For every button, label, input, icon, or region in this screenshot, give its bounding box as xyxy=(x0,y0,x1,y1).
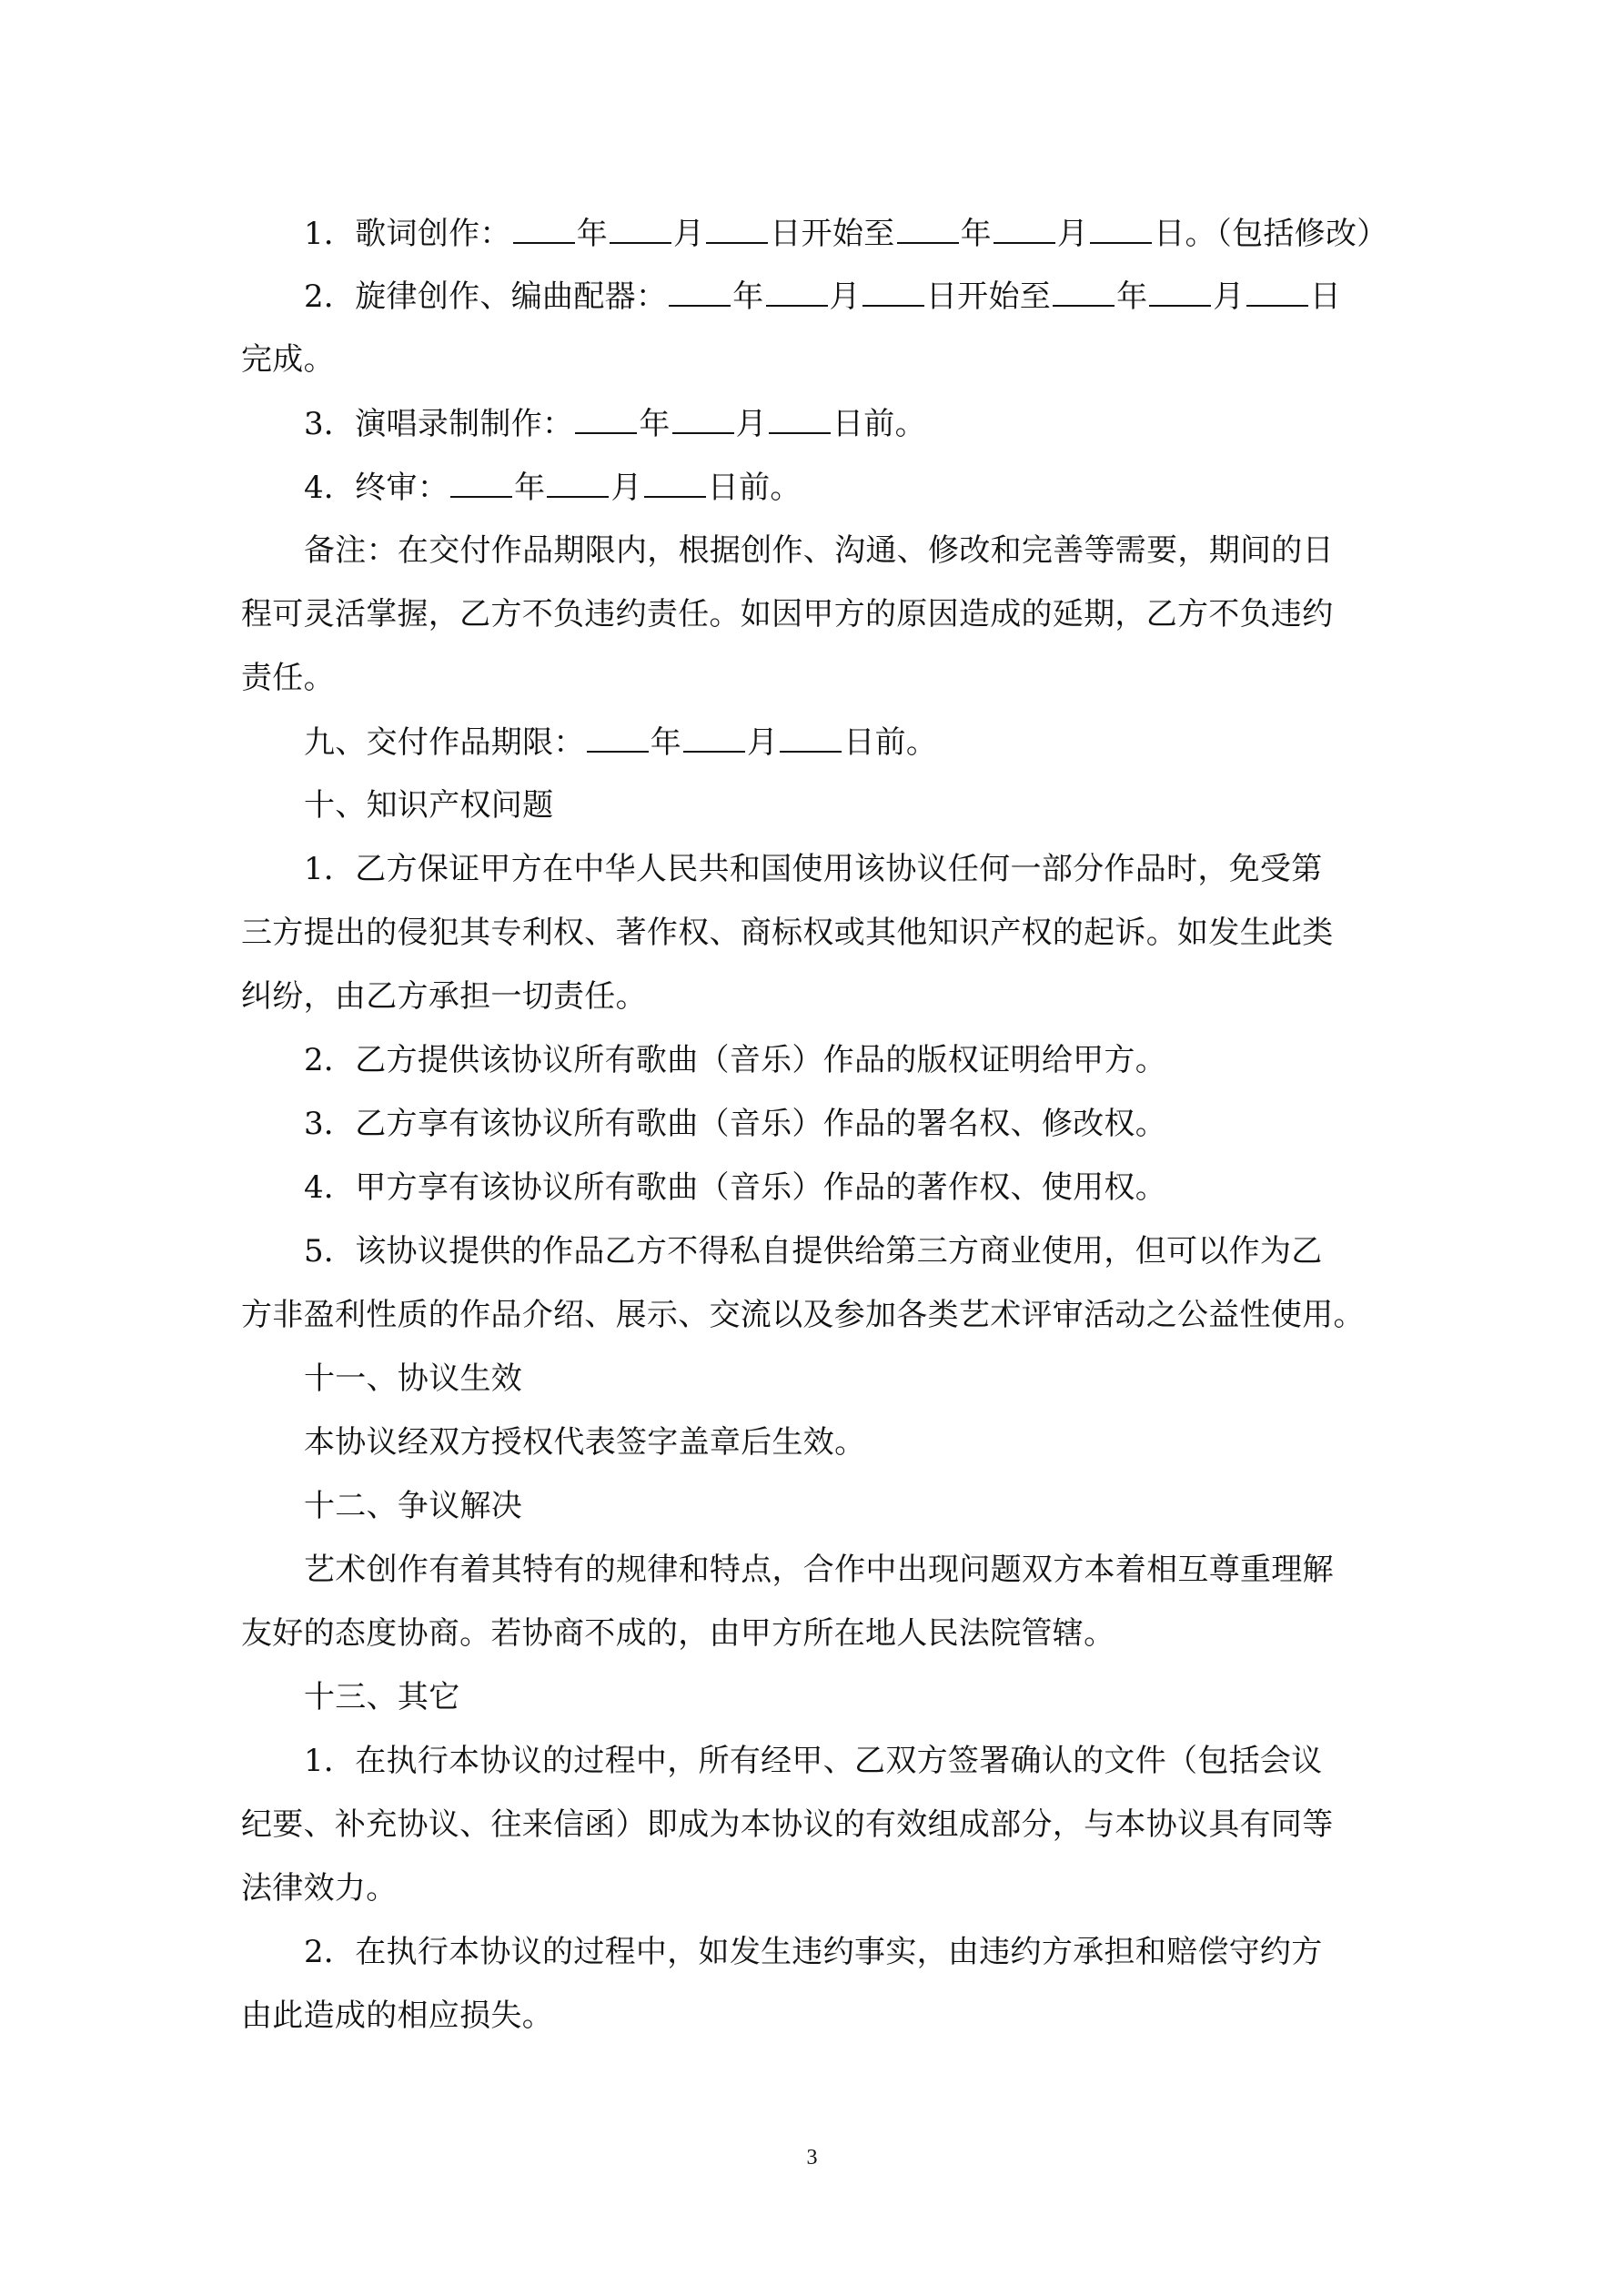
text-segment: 纠纷，由乙方承担一切责任。 xyxy=(241,978,647,1015)
text-segment: 由此造成的相应损失。 xyxy=(241,1998,553,2034)
fill-in-blank[interactable] xyxy=(1246,278,1308,307)
text-line: 法律效力。 xyxy=(241,1870,1378,1907)
text-segment: 日前。 xyxy=(708,470,802,506)
fill-in-blank[interactable] xyxy=(547,469,609,498)
fill-in-blank[interactable] xyxy=(769,405,831,434)
text-segment: 4．终审： xyxy=(304,470,449,506)
text-segment: 完成。 xyxy=(241,341,335,378)
text-segment: 2．在执行本协议的过程中，如发生违约事实，由违约方承担和赔偿守约方 xyxy=(304,1934,1323,1970)
fill-in-blank[interactable] xyxy=(897,215,959,244)
text-segment: 日开始至 xyxy=(770,216,894,252)
text-line: 本协议经双方授权代表签字盖章后生效。 xyxy=(304,1424,1441,1461)
text-segment: 三方提出的侵犯其专利权、著作权、商标权或其他知识产权的起诉。如发生此类 xyxy=(241,915,1334,951)
text-segment: 2．乙方提供该协议所有歌曲（音乐）作品的版权证明给甲方。 xyxy=(304,1042,1166,1078)
text-line: 九、交付作品期限：年月日前。 xyxy=(304,723,1441,761)
text-line: 十三、其它 xyxy=(304,1679,1441,1715)
text-segment: 月 xyxy=(736,406,767,442)
text-segment: 十、知识产权问题 xyxy=(304,787,553,824)
text-line: 1．乙方保证甲方在中华人民共和国使用该协议任何一部分作品时，免受第 xyxy=(304,851,1441,887)
fill-in-blank[interactable] xyxy=(450,469,512,498)
text-segment: 月 xyxy=(673,216,704,252)
text-segment: 年 xyxy=(651,724,681,761)
text-segment: 5．该协议提供的作品乙方不得私自提供给第三方商业使用，但可以作为乙 xyxy=(304,1233,1323,1269)
text-segment: 月 xyxy=(747,724,778,761)
text-segment: 年 xyxy=(639,406,670,442)
fill-in-blank[interactable] xyxy=(669,278,731,307)
fill-in-blank[interactable] xyxy=(683,723,745,753)
text-segment: 年 xyxy=(514,470,545,506)
fill-in-blank[interactable] xyxy=(706,215,768,244)
text-line: 2．在执行本协议的过程中，如发生违约事实，由违约方承担和赔偿守约方 xyxy=(304,1934,1441,1970)
text-line: 5．该协议提供的作品乙方不得私自提供给第三方商业使用，但可以作为乙 xyxy=(304,1233,1441,1269)
text-segment: 月 xyxy=(830,278,861,315)
text-segment: 月 xyxy=(1213,278,1244,315)
text-segment: 九、交付作品期限： xyxy=(304,724,585,761)
text-line: 2．乙方提供该协议所有歌曲（音乐）作品的版权证明给甲方。 xyxy=(304,1042,1441,1078)
text-segment: 备注：在交付作品期限内，根据创作、沟通、修改和完善等需要，期间的日 xyxy=(304,532,1334,569)
fill-in-blank[interactable] xyxy=(1053,278,1115,307)
text-segment: 4．甲方享有该协议所有歌曲（音乐）作品的著作权、使用权。 xyxy=(304,1169,1166,1206)
text-segment: 2．旋律创作、编曲配器： xyxy=(304,278,667,315)
text-line: 责任。 xyxy=(241,660,1378,696)
text-line: 纠纷，由乙方承担一切责任。 xyxy=(241,978,1378,1015)
text-line: 1．在执行本协议的过程中，所有经甲、乙双方签署确认的文件（包括会议 xyxy=(304,1743,1441,1779)
text-segment: 方非盈利性质的作品介绍、展示、交流以及参加各类艺术评审活动之公益性使用。 xyxy=(241,1297,1365,1333)
text-line: 4．终审：年月日前。 xyxy=(304,469,1441,506)
fill-in-blank[interactable] xyxy=(994,215,1055,244)
text-line: 纪要、补充协议、往来信函）即成为本协议的有效组成部分，与本协议具有同等 xyxy=(241,1806,1378,1843)
text-line: 十、知识产权问题 xyxy=(304,787,1441,824)
fill-in-blank[interactable] xyxy=(766,278,828,307)
text-line: 由此造成的相应损失。 xyxy=(241,1998,1378,2034)
text-segment: 友好的态度协商。若协商不成的，由甲方所在地人民法院管辖。 xyxy=(241,1615,1115,1652)
text-segment: 纪要、补充协议、往来信函）即成为本协议的有效组成部分，与本协议具有同等 xyxy=(241,1806,1334,1843)
text-line: 十一、协议生效 xyxy=(304,1360,1441,1397)
fill-in-blank[interactable] xyxy=(780,723,842,753)
text-segment: 年 xyxy=(577,216,608,252)
fill-in-blank[interactable] xyxy=(513,215,575,244)
text-line: 方非盈利性质的作品介绍、展示、交流以及参加各类艺术评审活动之公益性使用。 xyxy=(241,1297,1378,1333)
text-segment: 年 xyxy=(961,216,992,252)
text-segment: 日开始至 xyxy=(926,278,1051,315)
fill-in-blank[interactable] xyxy=(1149,278,1211,307)
text-segment: 1．歌词创作： xyxy=(304,216,511,252)
text-line: 三方提出的侵犯其专利权、著作权、商标权或其他知识产权的起诉。如发生此类 xyxy=(241,915,1378,951)
text-segment: 3．乙方享有该协议所有歌曲（音乐）作品的署名权、修改权。 xyxy=(304,1106,1166,1142)
text-segment: 艺术创作有着其特有的规律和特点，合作中出现问题双方本着相互尊重理解 xyxy=(304,1552,1334,1588)
text-line: 艺术创作有着其特有的规律和特点，合作中出现问题双方本着相互尊重理解 xyxy=(304,1552,1441,1588)
text-segment: 日 xyxy=(1310,278,1341,315)
text-segment: 日。（包括修改） xyxy=(1154,216,1387,252)
text-segment: 责任。 xyxy=(241,660,335,696)
text-segment: 月 xyxy=(1057,216,1088,252)
text-segment: 3．演唱录制制作： xyxy=(304,406,573,442)
text-segment: 月 xyxy=(610,470,641,506)
text-line: 友好的态度协商。若协商不成的，由甲方所在地人民法院管辖。 xyxy=(241,1615,1378,1652)
text-segment: 十一、协议生效 xyxy=(304,1360,522,1397)
fill-in-blank[interactable] xyxy=(587,723,649,753)
text-segment: 日前。 xyxy=(843,724,937,761)
text-segment: 十二、争议解决 xyxy=(304,1488,522,1524)
text-line: 完成。 xyxy=(241,341,1378,378)
fill-in-blank[interactable] xyxy=(1090,215,1152,244)
text-line: 程可灵活掌握，乙方不负违约责任。如因甲方的原因造成的延期，乙方不负违约 xyxy=(241,596,1378,632)
fill-in-blank[interactable] xyxy=(610,215,671,244)
text-segment: 1．乙方保证甲方在中华人民共和国使用该协议任何一部分作品时，免受第 xyxy=(304,851,1323,887)
text-segment: 法律效力。 xyxy=(241,1870,398,1907)
text-line: 3．演唱录制制作：年月日前。 xyxy=(304,405,1441,442)
text-segment: 年 xyxy=(1116,278,1147,315)
text-segment: 十三、其它 xyxy=(304,1679,460,1715)
fill-in-blank[interactable] xyxy=(672,405,734,434)
text-segment: 本协议经双方授权代表签字盖章后生效。 xyxy=(304,1424,865,1461)
text-segment: 年 xyxy=(732,278,763,315)
text-line: 1．歌词创作：年月日开始至年月日。（包括修改） xyxy=(304,215,1441,252)
text-line: 2．旋律创作、编曲配器：年月日开始至年月日 xyxy=(304,278,1441,315)
text-line: 十二、争议解决 xyxy=(304,1488,1441,1524)
text-line: 备注：在交付作品期限内，根据创作、沟通、修改和完善等需要，期间的日 xyxy=(304,532,1441,569)
text-line: 4．甲方享有该协议所有歌曲（音乐）作品的著作权、使用权。 xyxy=(304,1169,1441,1206)
text-segment: 1．在执行本协议的过程中，所有经甲、乙双方签署确认的文件（包括会议 xyxy=(304,1743,1323,1779)
page-number: 3 xyxy=(0,2146,1624,2170)
fill-in-blank[interactable] xyxy=(575,405,637,434)
fill-in-blank[interactable] xyxy=(644,469,706,498)
fill-in-blank[interactable] xyxy=(862,278,924,307)
text-line: 3．乙方享有该协议所有歌曲（音乐）作品的署名权、修改权。 xyxy=(304,1106,1441,1142)
text-segment: 程可灵活掌握，乙方不负违约责任。如因甲方的原因造成的延期，乙方不负违约 xyxy=(241,596,1334,632)
text-segment: 日前。 xyxy=(832,406,926,442)
document-page: 1．歌词创作：年月日开始至年月日。（包括修改）2．旋律创作、编曲配器：年月日开始… xyxy=(0,0,1624,2296)
